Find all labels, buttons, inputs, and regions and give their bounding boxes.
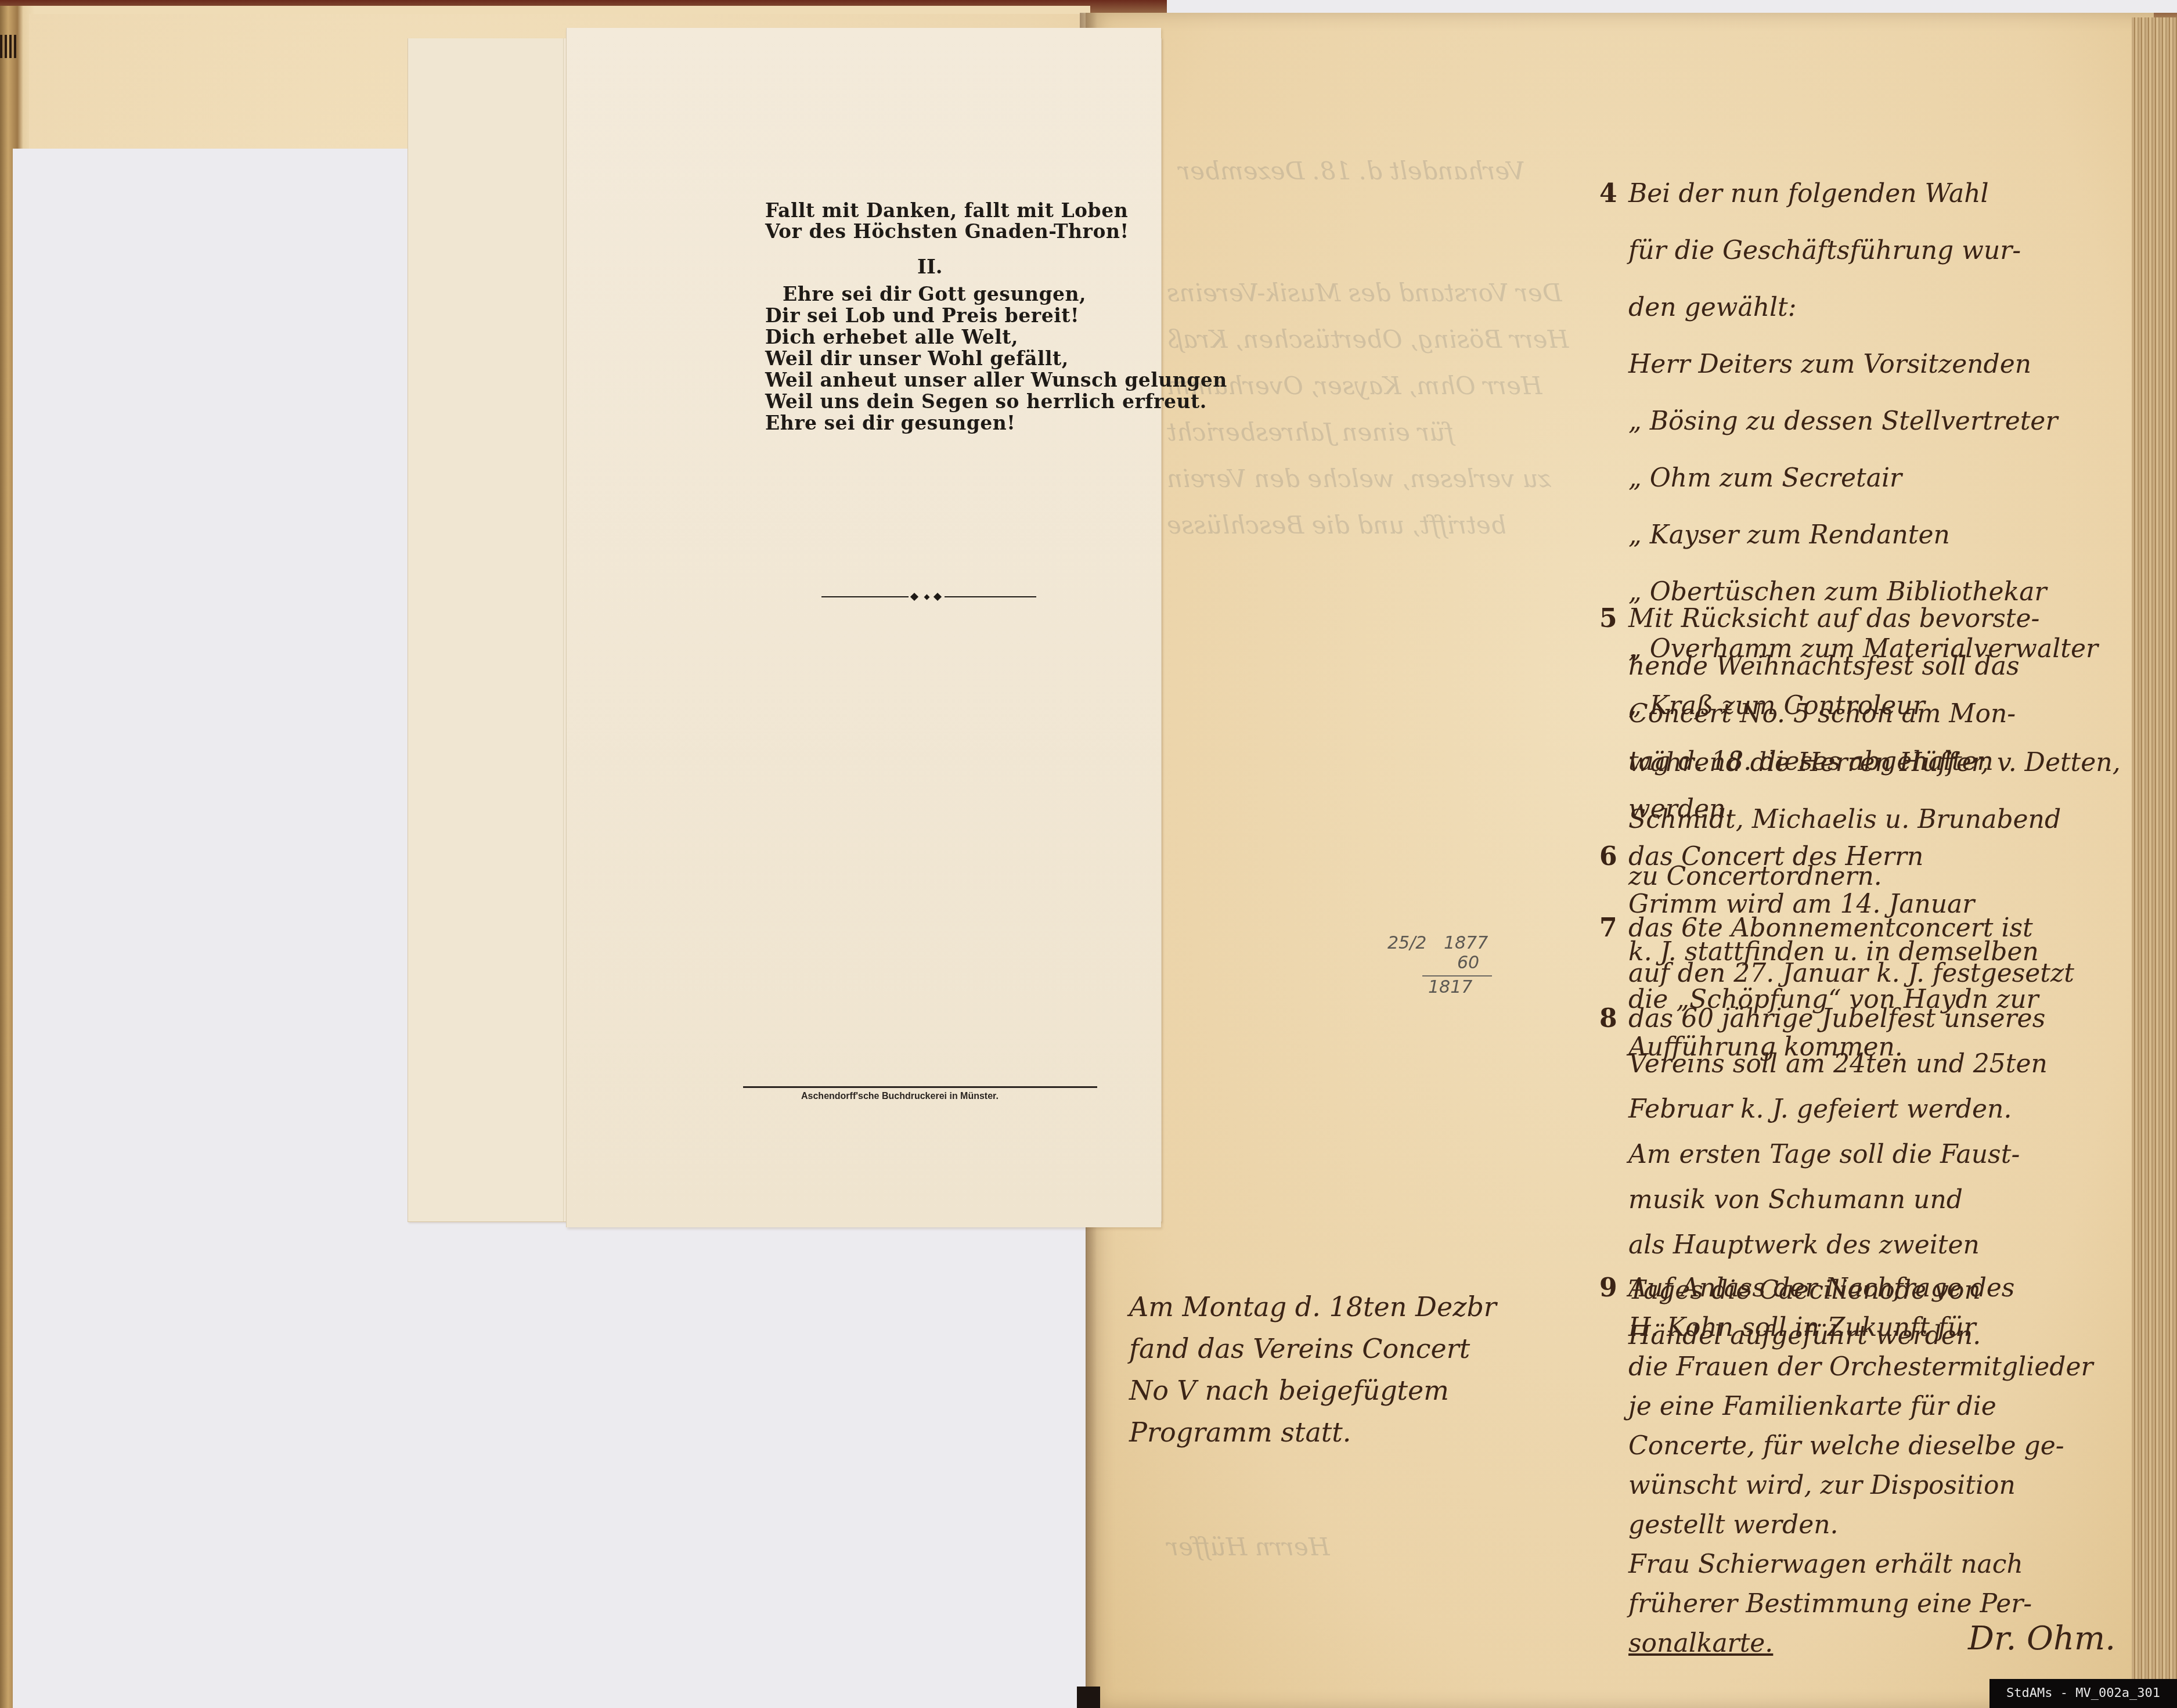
verse-line: Dir sei Lob und Preis bereit! <box>765 305 1227 326</box>
book-corner-shadow <box>1077 1687 1100 1708</box>
verse-line: Dich erhebet alle Welt, <box>765 326 1227 348</box>
pencil-rule <box>1422 975 1492 976</box>
minutes-line: H. Kohn soll in Zukunft für <box>1599 1308 2093 1347</box>
verse-line: Vor des Höchsten Gnaden-Thron! <box>765 221 1129 242</box>
minutes-line: Concerte, für welche dieselbe ge- <box>1599 1426 2093 1466</box>
note-line: Am Montag d. 18ten Dezbr <box>1129 1286 1497 1328</box>
minutes-line: als Hauptwerk des zweiten <box>1599 1223 2074 1268</box>
signature: Dr. Ohm. <box>1968 1620 2115 1657</box>
note-line: Programm statt. <box>1129 1411 1497 1453</box>
minutes-line: 4Bei der nun folgenden Wahl <box>1599 165 2121 222</box>
minutes-line: Am ersten Tage soll die Faust- <box>1599 1132 2074 1177</box>
minutes-line: Frau Schierwagen erhält nach <box>1599 1545 2093 1584</box>
item-number: 4 <box>1599 165 1628 222</box>
minutes-line: Vereins soll am 24ten und 25ten <box>1599 1042 2074 1087</box>
minutes-line: den gewählt: <box>1599 279 2121 336</box>
archive-label: StdAMs - MV_002a_301 <box>1989 1679 2177 1708</box>
scan-background-strip <box>1167 0 2177 13</box>
ghost-line: zu verlesen, welche den Verein <box>1167 464 1551 493</box>
minutes-line: „ Ohm zum Secretair <box>1599 450 2121 507</box>
ghost-line: betrifft, und die Beschlüsse <box>1167 511 1506 539</box>
note-line: No V nach beigefügtem <box>1129 1370 1497 1411</box>
minutes-line: „ Bösing zu dessen Stellvertreter <box>1599 393 2121 450</box>
verse-closing: Fallt mit Danken, fallt mit Loben Vor de… <box>765 200 1129 242</box>
minutes-line: werden. <box>1599 785 2039 833</box>
verse-second: Ehre sei dir Gott gesungen, Dir sei Lob … <box>765 283 1227 434</box>
minutes-line: Februar k. J. gefeiert werden. <box>1599 1087 2074 1132</box>
item-number: 7 <box>1599 906 1628 951</box>
minutes-line: hende Weihnachtsfest soll das <box>1599 643 2039 690</box>
minutes-line: Herr Deiters zum Vorsitzenden <box>1599 336 2121 393</box>
page-edge-marks <box>0 35 16 58</box>
ghost-line: Verhandelt d. 18. Dezember <box>1178 157 1525 185</box>
handwritten-minutes-item-9: 9Auf Anlass der Nachfrage des H. Kohn so… <box>1599 1269 2093 1663</box>
printed-sheet-fold <box>476 38 564 1221</box>
section-number: II. <box>917 255 943 279</box>
minutes-line: tag d. 18. dieses abgehalten <box>1599 738 2039 785</box>
minutes-line: Concert No. 5 schon am Mon- <box>1599 690 2039 738</box>
minutes-line: musik von Schumann und <box>1599 1177 2074 1223</box>
minutes-line: die Frauen der Orchestermitglieder <box>1599 1347 2093 1387</box>
ghost-line: Herrn Hüffer <box>1167 1533 1329 1561</box>
pencil-subtrahend: 60 <box>1387 953 1492 973</box>
pencil-date: 25/2 <box>1387 933 1426 953</box>
minutes-line: wünscht wird, zur Disposition <box>1599 1466 2093 1505</box>
item-number: 8 <box>1599 996 1628 1042</box>
right-fore-edge <box>2132 17 2177 1708</box>
printer-imprint: Aschendorff'sche Buchdruckerei in Münste… <box>801 1091 999 1102</box>
minutes-line: früherer Bestimmung eine Per- <box>1599 1584 2093 1624</box>
verse-line: Fallt mit Danken, fallt mit Loben <box>765 200 1129 221</box>
pencil-result: 1817 <box>1387 978 1492 997</box>
minutes-line: je eine Familienkarte für die <box>1599 1387 2093 1426</box>
pencil-minuend: 1877 <box>1432 933 1488 953</box>
minutes-line: „ Kayser zum Rendanten <box>1599 507 2121 564</box>
minutes-line: auf den 27. Januar k. J. festgesetzt <box>1599 951 2074 996</box>
verse-line: Weil uns dein Segen so herrlich erfreut. <box>765 391 1227 412</box>
item-number: 6 <box>1599 833 1628 881</box>
verse-line: Weil anheut unser aller Wunsch gelungen <box>765 369 1227 391</box>
imprint-rule <box>743 1086 1097 1088</box>
note-line: fand das Vereins Concert <box>1129 1328 1497 1370</box>
margin-note: Am Montag d. 18ten Dezbr fand das Verein… <box>1129 1286 1497 1453</box>
verse-line: Ehre sei dir Gott gesungen, <box>765 283 1227 305</box>
item-number: 9 <box>1599 1269 1628 1308</box>
minutes-line: für die Geschäftsführung wur- <box>1599 222 2121 279</box>
verse-line: Weil dir unser Wohl gefällt, <box>765 348 1227 369</box>
pencil-calculation: 25/2 1877 60 1817 <box>1387 934 1492 997</box>
ghost-line: Herr Bösing, Obertüschen, Kraß <box>1167 325 1569 354</box>
ornamental-divider <box>821 592 1036 601</box>
item-number: 5 <box>1599 595 1628 643</box>
verse-line: Ehre sei dir gesungen! <box>765 412 1227 434</box>
minutes-line: gestellt werden. <box>1599 1505 2093 1545</box>
